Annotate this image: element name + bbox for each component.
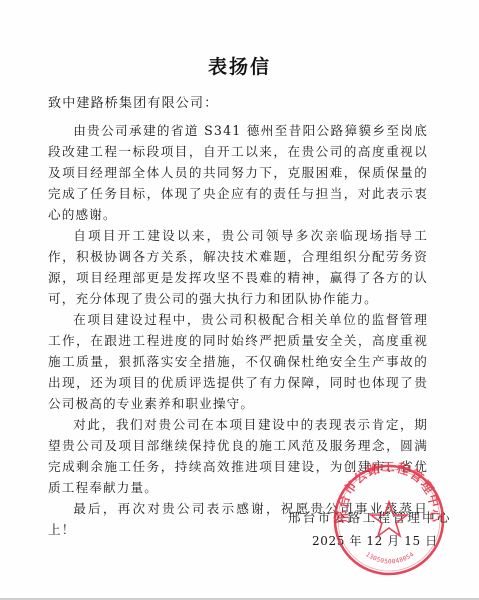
paragraph: 在项目建设过程中，贵公司积极配合相关单位的监督管理工作，在跟进工程进度的同时始终… (48, 309, 428, 414)
seal-serial: 1305050048054 (364, 551, 415, 565)
letter-body: 由贵公司承建的省道 S341 德州至昔阳公路獐貘乡至岗底段改建工程一标段项目，自… (48, 120, 428, 540)
paragraph: 对此，我们对贵公司在本项目建设中的表现表示肯定，期望贵公司及项目部继续保持优良的… (48, 414, 428, 498)
paragraph: 自项目开工建设以来，贵公司领导多次亲临现场指导工作，积极协调各方关系，解决技术难… (48, 225, 428, 309)
svg-text:1305050048054: 1305050048054 (364, 551, 415, 565)
signature-organization: 邢台市公路工程管理中心 (288, 508, 452, 526)
salutation: 致中建路桥集团有限公司： (48, 92, 218, 111)
signature-date: 2025 年 12 月 15 日 (312, 532, 438, 549)
letter-page: 表扬信 致中建路桥集团有限公司： 由贵公司承建的省道 S341 德州至昔阳公路獐… (0, 0, 479, 600)
paragraph: 由贵公司承建的省道 S341 德州至昔阳公路獐貘乡至岗底段改建工程一标段项目，自… (48, 120, 428, 225)
document-title: 表扬信 (0, 52, 479, 79)
